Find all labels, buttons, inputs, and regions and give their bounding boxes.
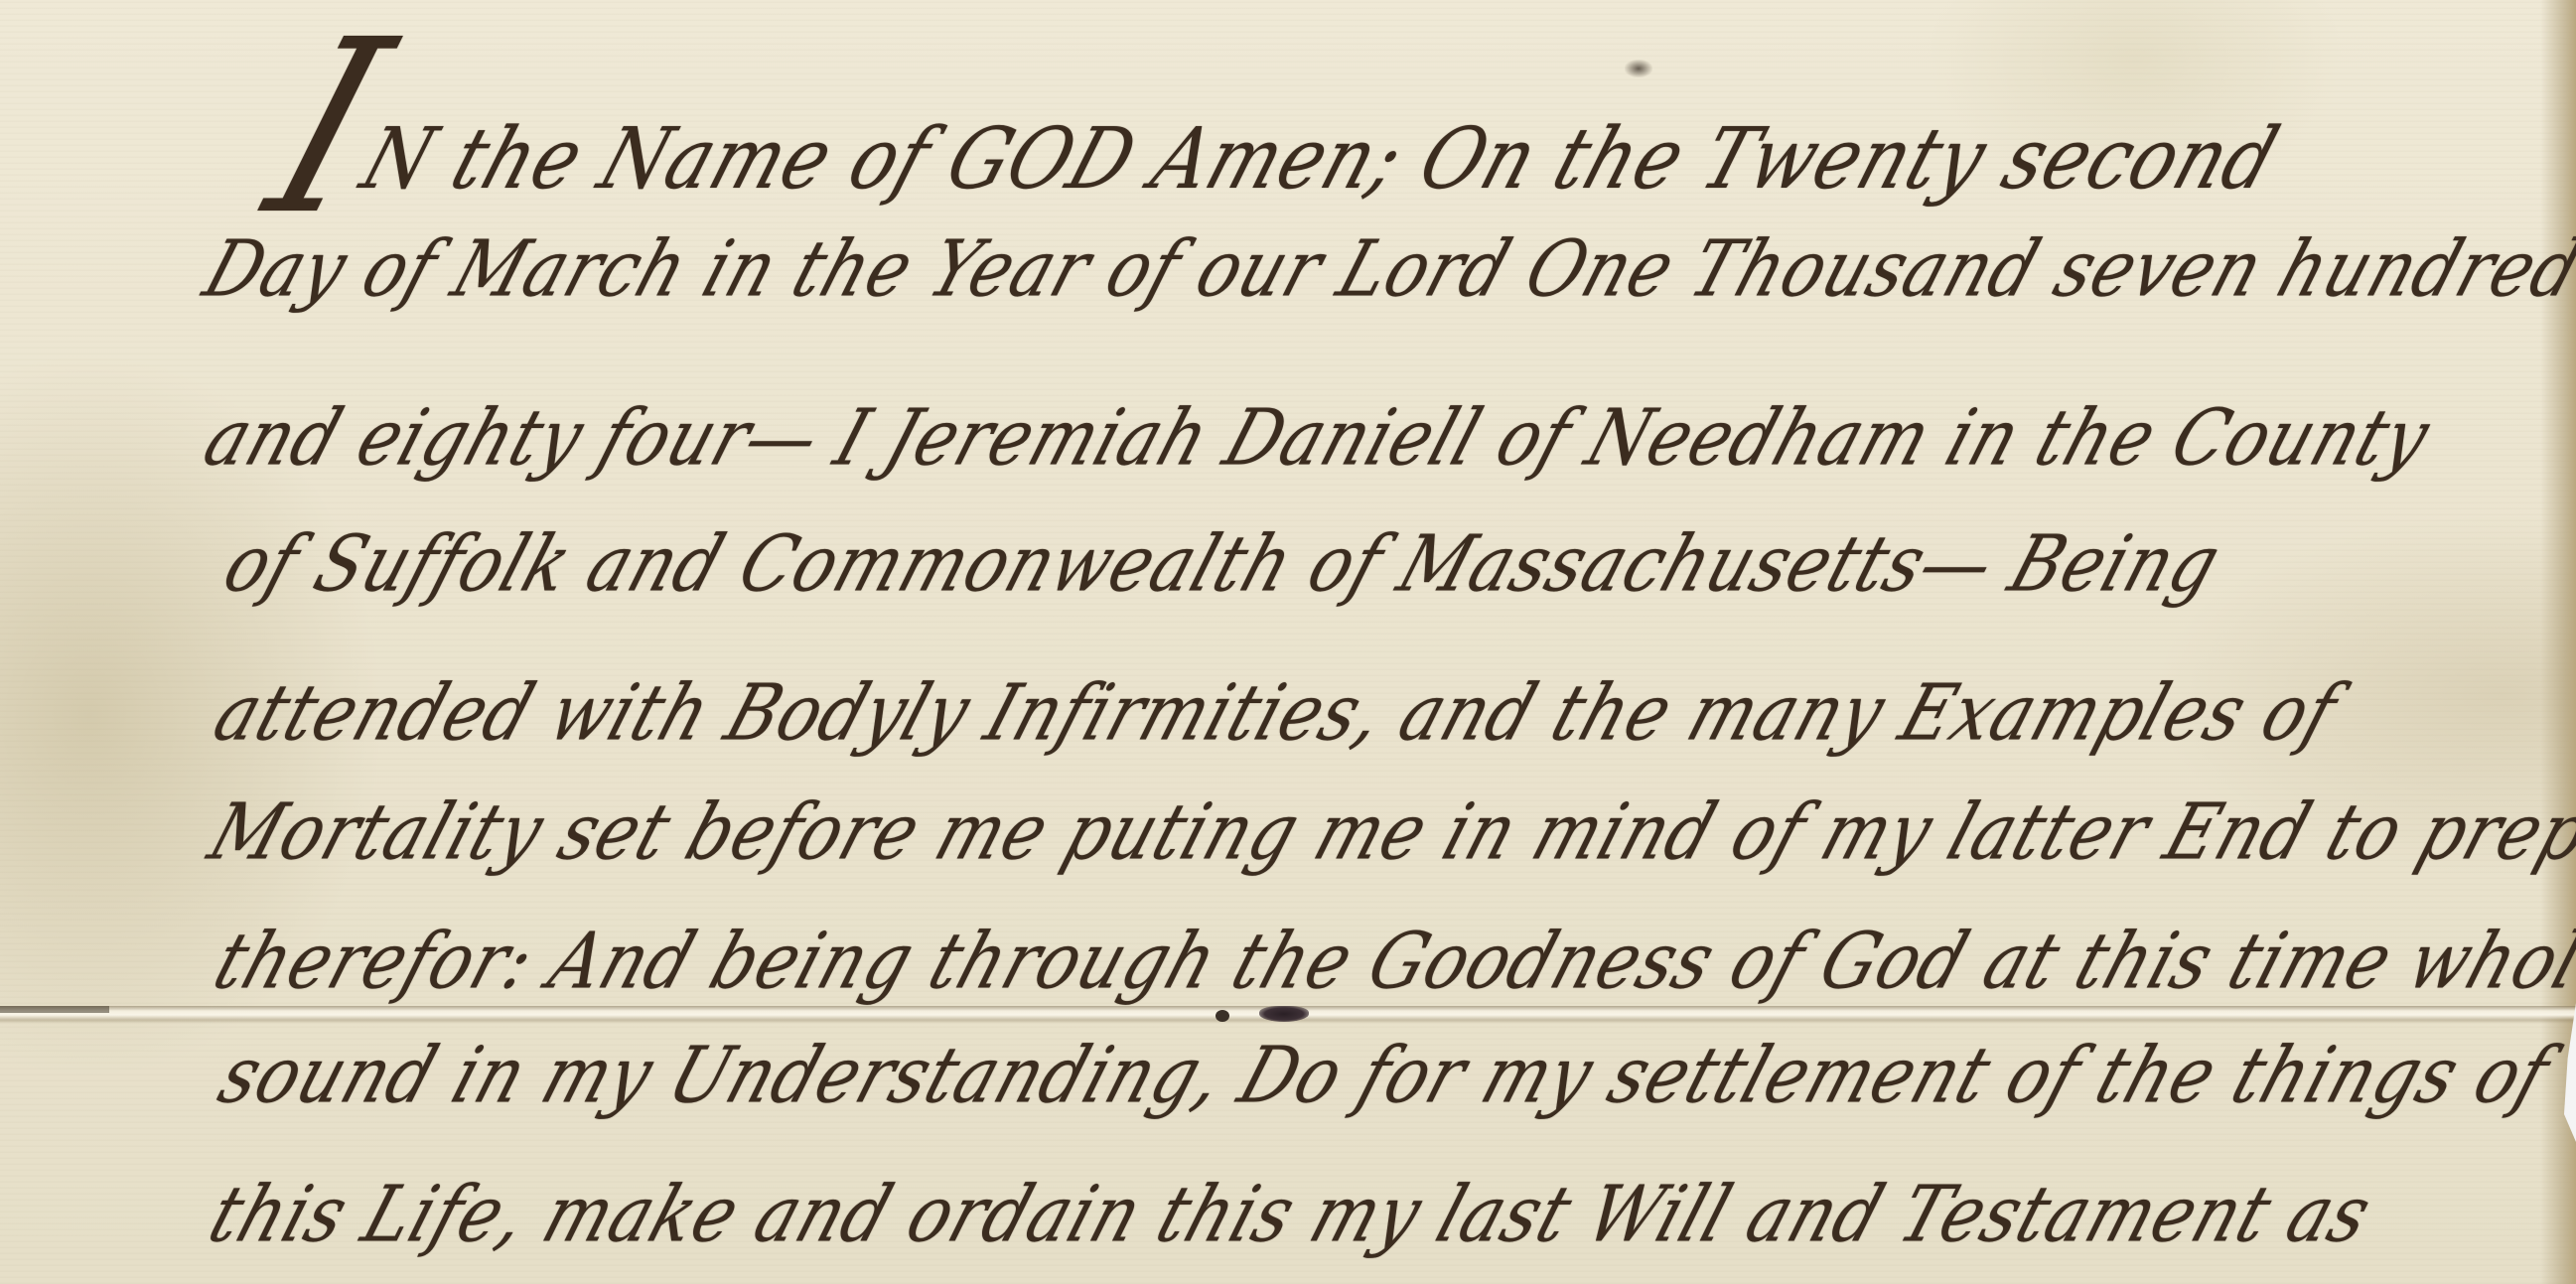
manuscript-line-4: of Suffolk and Commonwealth of Massachus… bbox=[214, 519, 2231, 610]
fold-shadow bbox=[0, 1006, 109, 1013]
manuscript-page: IN the Name of GOD Amen; On the Twenty s… bbox=[0, 0, 2576, 1284]
manuscript-line-9: this Life, make and ordain this my last … bbox=[199, 1170, 2382, 1260]
manuscript-line-1: IN the Name of GOD Amen; On the Twenty s… bbox=[248, 9, 2323, 249]
line-text: Day of March in the Year of our Lord One… bbox=[194, 224, 2576, 315]
manuscript-line-3: and eighty four— I Jeremiah Daniell of N… bbox=[194, 393, 2441, 484]
line-text: attended with Bodyly Infirmities, and th… bbox=[204, 668, 2348, 759]
manuscript-text: IN the Name of GOD Amen; On the Twenty s… bbox=[0, 0, 2576, 1284]
line-text: sound in my Understanding, Do for my set… bbox=[209, 1031, 2560, 1121]
manuscript-line-5: attended with Bodyly Infirmities, and th… bbox=[204, 668, 2348, 759]
manuscript-line-6: Mortality set before me puting me in min… bbox=[199, 787, 2576, 878]
manuscript-line-7: therefor: And being through the Goodness… bbox=[204, 917, 2576, 1007]
line-text: and eighty four— I Jeremiah Daniell of N… bbox=[194, 393, 2441, 484]
line-text: N the Name of GOD Amen; On the Twenty se… bbox=[351, 110, 2290, 209]
line-text: therefor: And being through the Goodness… bbox=[204, 917, 2576, 1007]
line-text: this Life, make and ordain this my last … bbox=[199, 1170, 2382, 1260]
manuscript-line-8: sound in my Understanding, Do for my set… bbox=[209, 1031, 2560, 1121]
line-text: of Suffolk and Commonwealth of Massachus… bbox=[214, 519, 2231, 610]
line-text: Mortality set before me puting me in min… bbox=[199, 787, 2576, 878]
manuscript-line-2: Day of March in the Year of our Lord One… bbox=[194, 224, 2576, 315]
tear-hole bbox=[1259, 1006, 1309, 1022]
tear-mark bbox=[1216, 1010, 1229, 1022]
